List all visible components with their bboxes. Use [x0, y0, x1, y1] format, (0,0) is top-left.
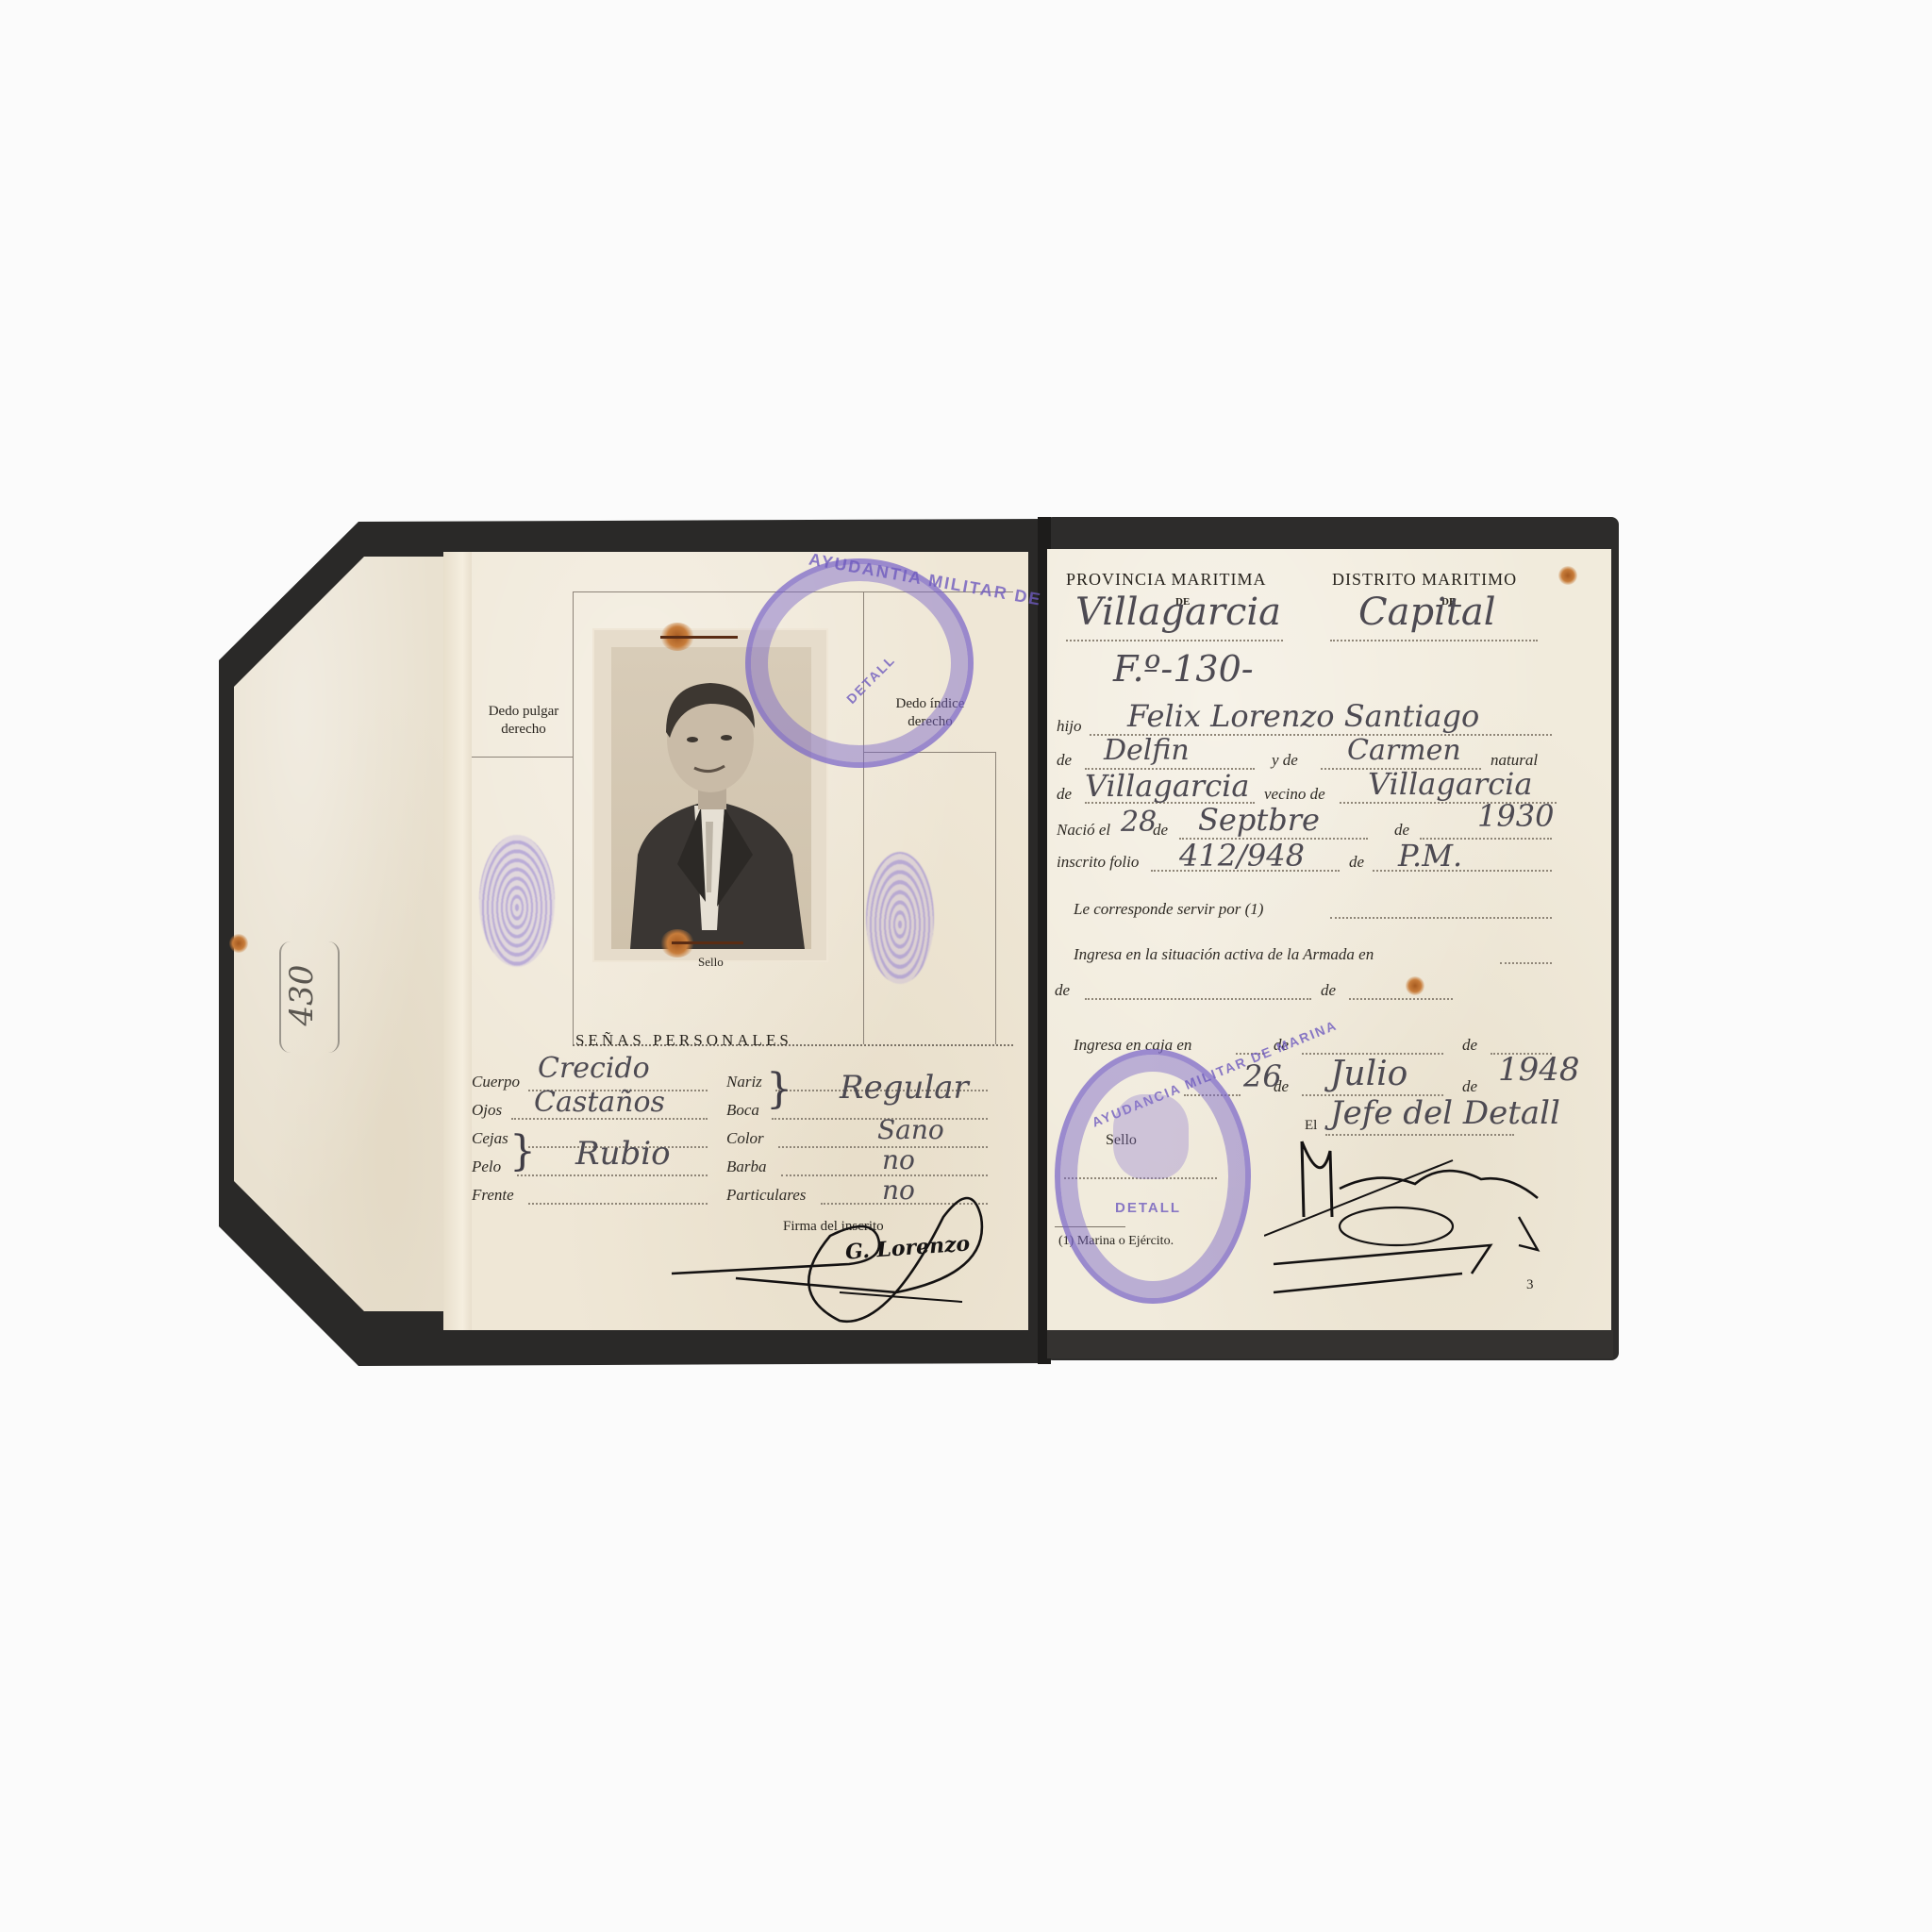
color-value: Sano — [877, 1114, 944, 1145]
cuerpo-value: Crecido — [538, 1052, 650, 1085]
nacio-de-year: de — [1394, 821, 1409, 840]
inscrito-de-value: P.M. — [1398, 838, 1462, 874]
senas-heading: SEÑAS PERSONALES — [575, 1031, 792, 1050]
inscrito-de-label: de — [1349, 853, 1364, 872]
provincia-value: Villagarcia — [1075, 591, 1281, 634]
thumbprint-right — [866, 852, 934, 984]
stamp-bottom-center: DETALL — [1115, 1200, 1181, 1216]
flap-pencil-bracket — [279, 941, 340, 1053]
nacio-label: Nació el — [1057, 821, 1110, 840]
el-value: Jefe del Detall — [1330, 1094, 1560, 1132]
inscrito-value: 412/948 — [1179, 838, 1305, 874]
distrito-label: DISTRITO MARITIMO — [1332, 570, 1517, 590]
field-label-barba: Barba — [726, 1158, 767, 1176]
de-padre-label: de — [1057, 751, 1072, 770]
barba-value: no — [882, 1144, 915, 1175]
vecino-value: Villagarcia — [1368, 766, 1532, 802]
ingresa-activa-de1: de — [1055, 981, 1070, 1000]
corresponde-label: Le corresponde servir por (1) — [1074, 900, 1263, 919]
y-de-label: y de — [1272, 751, 1298, 770]
folio-mark: F.º-130- — [1113, 648, 1254, 690]
ojos-value: Castaños — [534, 1086, 665, 1119]
nacio-day: 28 — [1121, 806, 1157, 839]
hijo-label: hijo — [1057, 717, 1081, 736]
flap-page — [234, 557, 460, 1311]
signature-jefe — [1264, 1132, 1566, 1302]
nacio-de-month: de — [1153, 821, 1168, 840]
padre-value: Delfin — [1104, 734, 1190, 767]
inscrito-label: inscrito folio — [1057, 853, 1139, 872]
madre-value: Carmen — [1347, 734, 1461, 767]
ingresa-caja-de2: de — [1462, 1036, 1477, 1055]
ingresa-activa-label: Ingresa en la situación activa de la Arm… — [1074, 945, 1374, 964]
torn-stub-strip — [443, 552, 475, 1330]
de-natural-label: de — [1057, 785, 1072, 804]
vecino-label: vecino de — [1264, 785, 1325, 804]
date-de1: de — [1274, 1077, 1289, 1096]
field-label-cuerpo: Cuerpo — [472, 1073, 520, 1091]
thumb-label-line1: Dedo pulgar — [477, 703, 570, 721]
natural-value: Villagarcia — [1085, 768, 1249, 804]
nariz-boca-value: Regular — [840, 1069, 969, 1107]
field-label-color: Color — [726, 1129, 764, 1148]
thumb-label: Dedo pulgar derecho — [477, 703, 570, 739]
photo-caption: Sello — [698, 955, 724, 970]
date-de2: de — [1462, 1077, 1477, 1096]
field-label-cejas: Cejas — [472, 1129, 508, 1148]
field-label-nariz: Nariz — [726, 1073, 762, 1091]
field-label-frente: Frente — [472, 1186, 514, 1205]
distrito-value: Capital — [1358, 591, 1496, 634]
field-label-boca: Boca — [726, 1101, 759, 1120]
stamp-coat-of-arms — [1113, 1094, 1189, 1179]
field-label-ojos: Ojos — [472, 1101, 502, 1120]
cejas-pelo-value: Rubio — [575, 1135, 671, 1173]
thumb-label-line2: derecho — [477, 721, 570, 739]
hijo-value: Felix Lorenzo Santiago — [1127, 698, 1479, 734]
provincia-label: PROVINCIA MARITIMA — [1066, 570, 1267, 590]
nacio-month: Septbre — [1198, 802, 1320, 838]
date-year: 1948 — [1498, 1051, 1580, 1089]
nacio-year: 1930 — [1477, 798, 1554, 834]
thumbprint-left — [479, 835, 555, 967]
ingresa-activa-de2: de — [1321, 981, 1336, 1000]
field-label-pelo: Pelo — [472, 1158, 501, 1176]
date-month: Julio — [1330, 1055, 1407, 1093]
